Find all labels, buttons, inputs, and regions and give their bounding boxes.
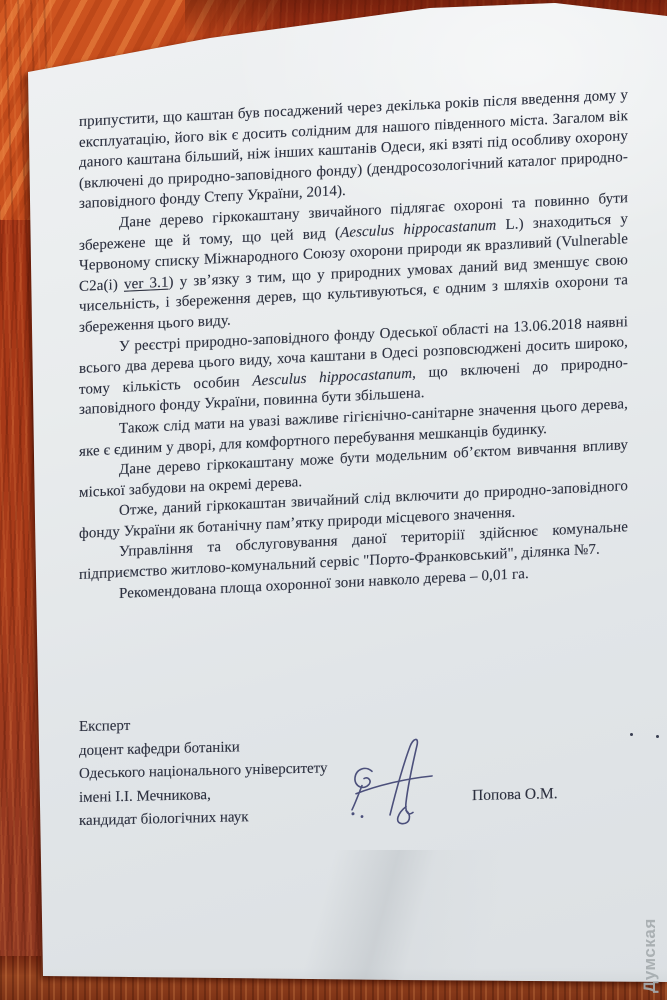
paper-shadow-wrap: припустити, що каштан був посаджений чер…	[0, 0, 667, 1000]
signatory-name: Попова О.М.	[472, 785, 558, 805]
ink-speck	[630, 733, 633, 736]
document-page: припустити, що каштан був посаджений чер…	[0, 0, 667, 1000]
ink-speck	[656, 735, 659, 738]
paper-crease	[80, 850, 667, 995]
watermark-text: Думская	[640, 903, 660, 993]
signature-block: Експертдоцент кафедри ботанікиОдеського …	[79, 704, 628, 856]
document-body: припустити, що каштан був посаджений чер…	[79, 85, 628, 606]
handwritten-signature	[340, 732, 440, 838]
photo-of-document: припустити, що каштан був посаджений чер…	[0, 0, 667, 1000]
